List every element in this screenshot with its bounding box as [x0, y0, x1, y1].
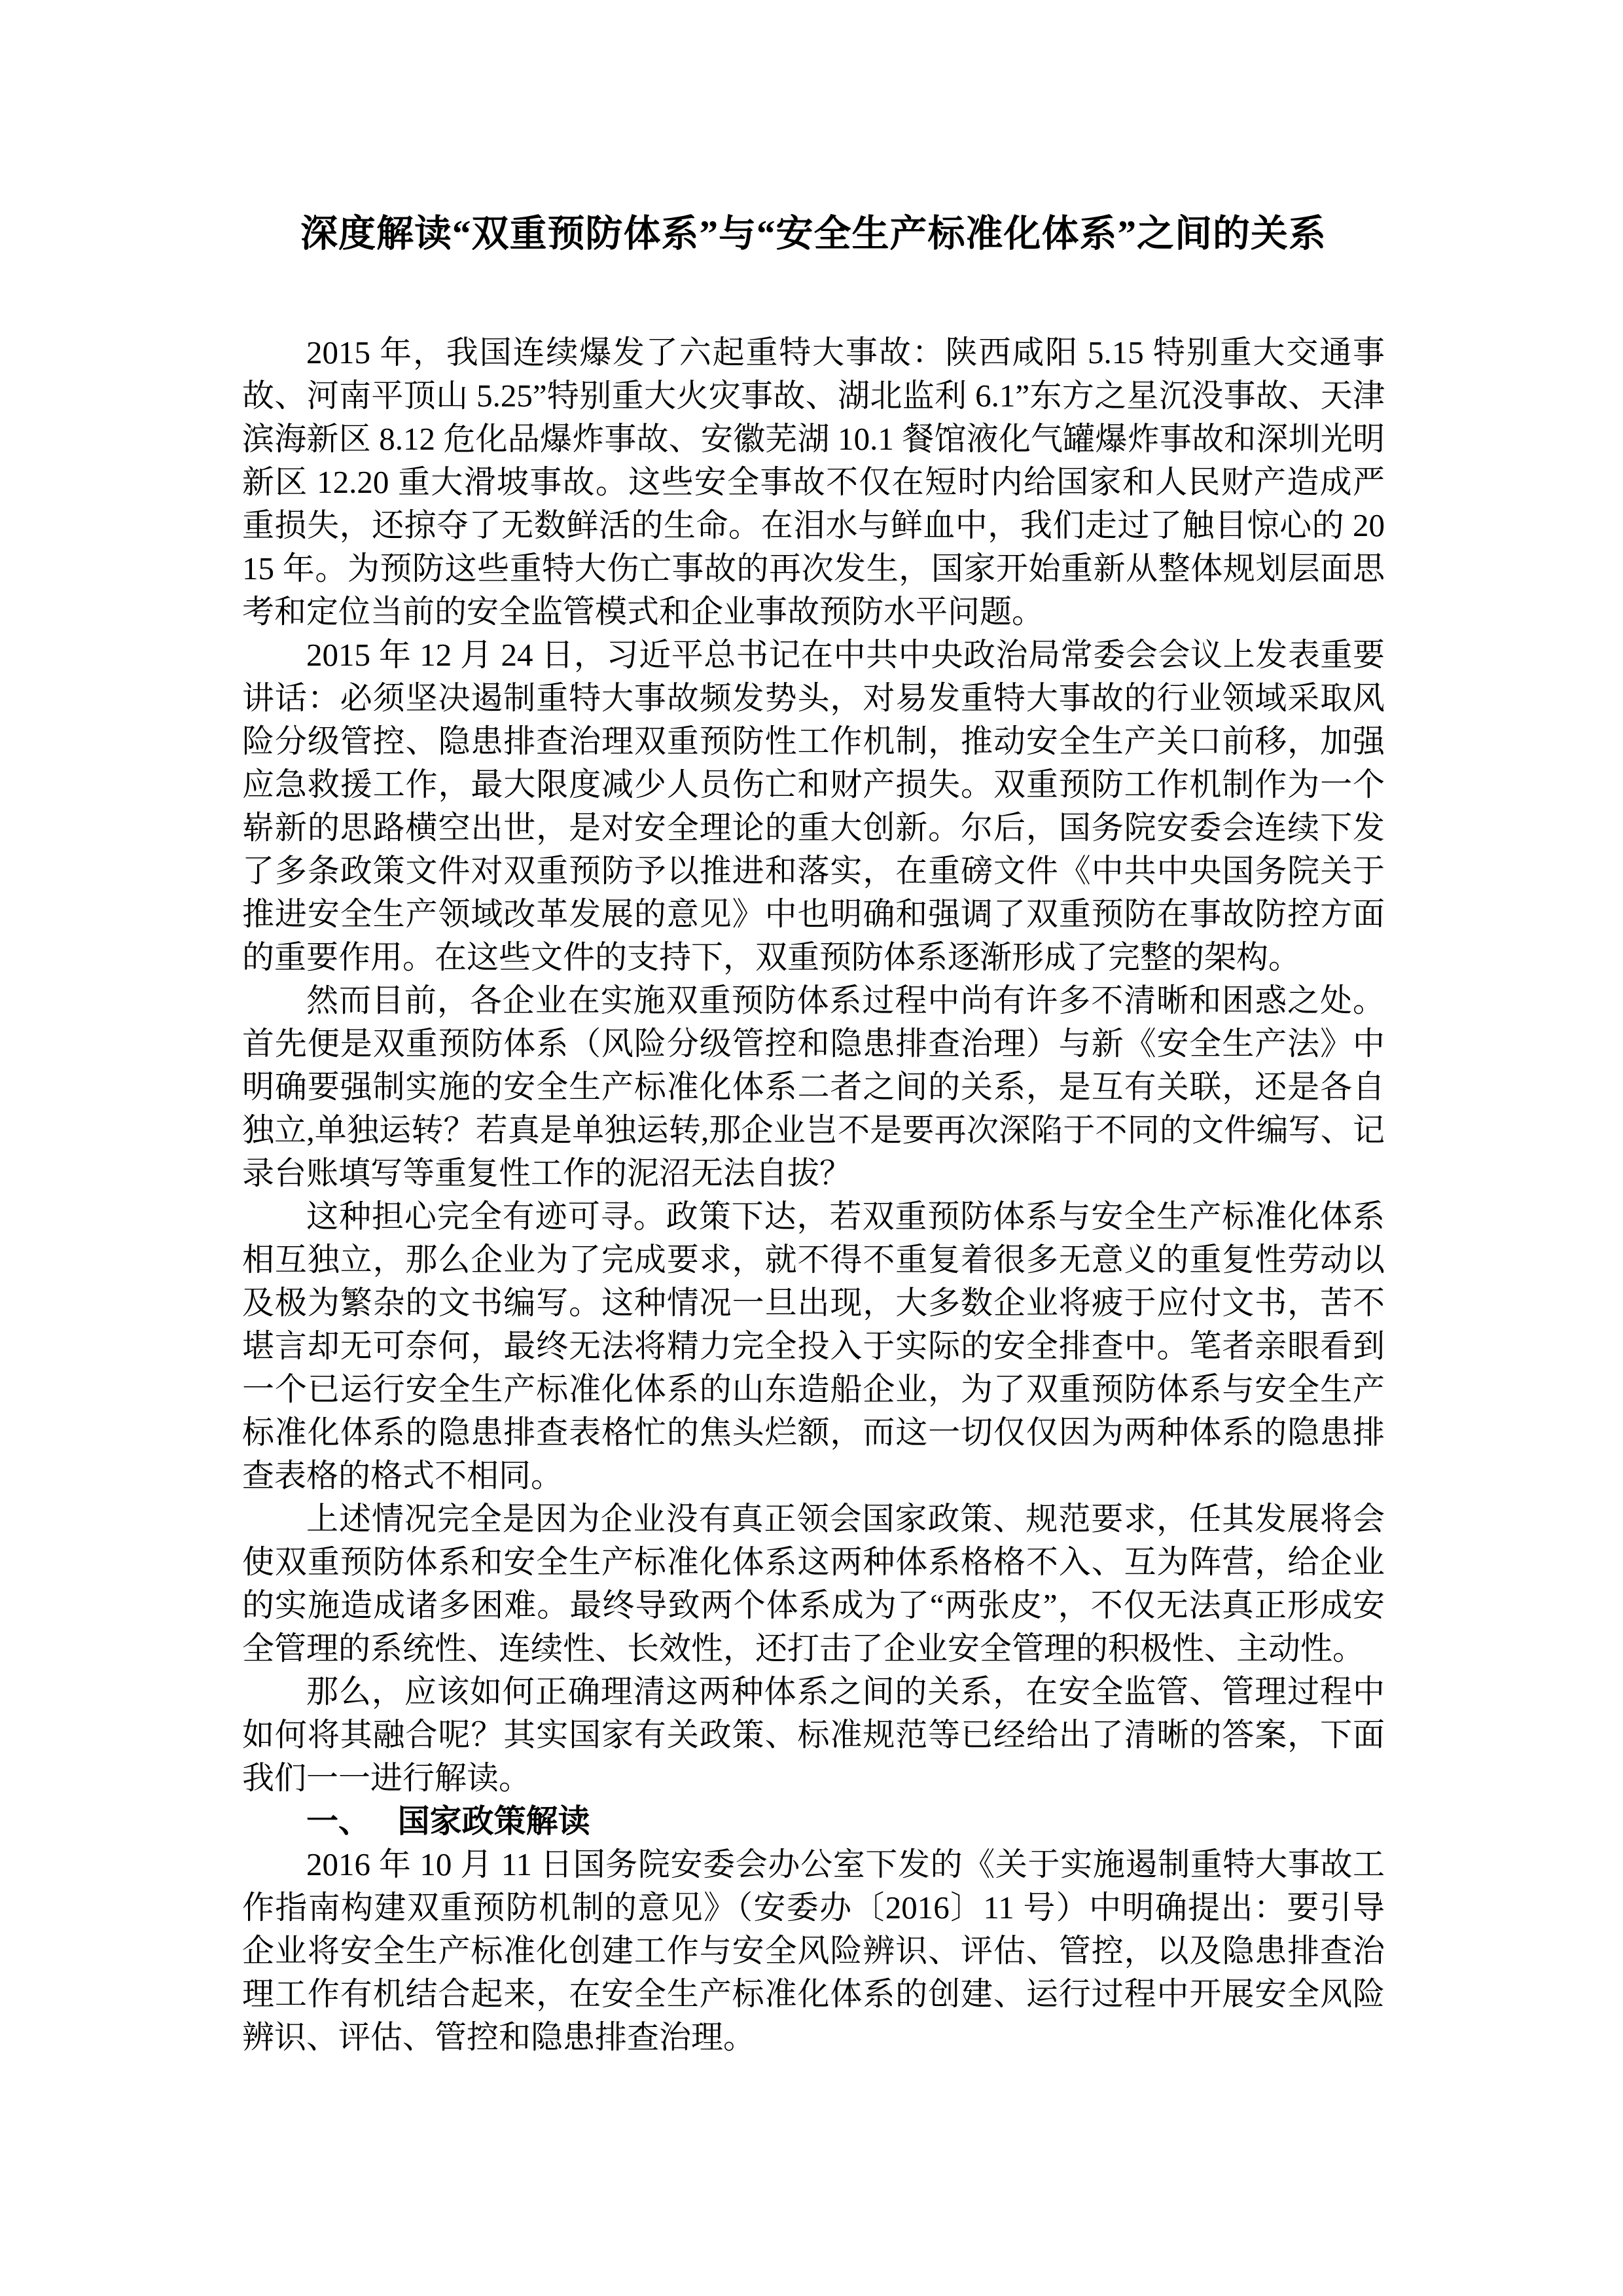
- paragraph-6: 那么，应该如何正确理清这两种体系之间的关系，在安全监管、管理过程中如何将其融合呢…: [242, 1670, 1385, 1800]
- document-page: 深度解读“双重预防体系”与“安全生产标准化体系”之间的关系 2015 年，我国连…: [0, 0, 1623, 2296]
- paragraph-1: 2015 年，我国连续爆发了六起重特大事故：陕西咸阳 5.15 特别重大交通事故…: [242, 331, 1385, 634]
- paragraph-4: 这种担心完全有迹可寻。政策下达，若双重预防体系与安全生产标准化体系相互独立，那么…: [242, 1195, 1385, 1498]
- section-heading-number: 一、: [306, 1803, 370, 1839]
- paragraph-3: 然而目前，各企业在实施双重预防体系过程中尚有许多不清晰和困惑之处。首先便是双重预…: [242, 979, 1385, 1195]
- paragraph-7: 2016 年 10 月 11 日国务院安委会办公室下发的《关于实施遏制重特大事故…: [242, 1843, 1385, 2059]
- paragraph-2: 2015 年 12 月 24 日，习近平总书记在中共中央政治局常委会会议上发表重…: [242, 634, 1385, 979]
- document-content: 深度解读“双重预防体系”与“安全生产标准化体系”之间的关系 2015 年，我国连…: [242, 208, 1385, 2059]
- section-heading: 一、 国家政策解读: [242, 1800, 1385, 1843]
- paragraph-5: 上述情况完全是因为企业没有真正领会国家政策、规范要求，任其发展将会使双重预防体系…: [242, 1498, 1385, 1670]
- document-title: 深度解读“双重预防体系”与“安全生产标准化体系”之间的关系: [242, 208, 1385, 260]
- section-heading-label: 国家政策解读: [398, 1803, 590, 1839]
